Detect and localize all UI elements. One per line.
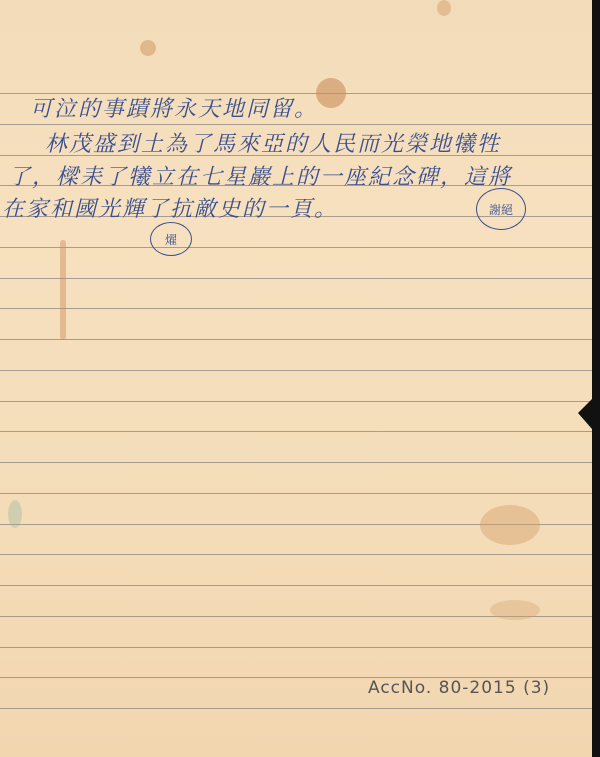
document-page: 可泣的事蹟將永天地同留。 林茂盛到土為了馬來亞的人民而光榮地犧牲 了，樑耒了犧立… [0,0,593,757]
ruled-line [0,493,593,494]
ruled-line [0,431,593,432]
ruled-line [0,647,593,648]
circled-annotation-right: 謝絕 [476,188,526,230]
circled-annotation-below: 燿 [150,222,192,256]
stain [437,0,451,16]
ruled-line [0,401,593,402]
stain [8,500,22,528]
stain [316,78,346,108]
ruled-line [0,708,593,709]
handwritten-line-2: 林茂盛到土為了馬來亞的人民而光榮地犧牲 [45,127,501,158]
ruled-line [0,585,593,586]
ruled-line [0,554,593,555]
ruled-line [0,247,593,248]
ruled-line [0,462,593,463]
stain [480,505,540,545]
ruled-line [0,339,593,340]
ruled-line [0,308,593,309]
accession-number: AccNo. 80-2015 (3) [368,678,550,698]
handwritten-line-4: 在家和國光輝了抗敵史的一頁。 [2,192,338,223]
ruled-line [0,370,593,371]
stain [490,600,540,620]
stain [140,40,156,56]
scan-border [592,0,600,757]
handwritten-line-1: 可泣的事蹟將永天地同留。 [30,92,318,123]
ruled-line [0,278,593,279]
stain [60,240,66,340]
handwritten-line-3: 了，樑耒了犧立在七星巖上的一座紀念碑，這將 [8,160,512,191]
ruled-line [0,124,593,125]
